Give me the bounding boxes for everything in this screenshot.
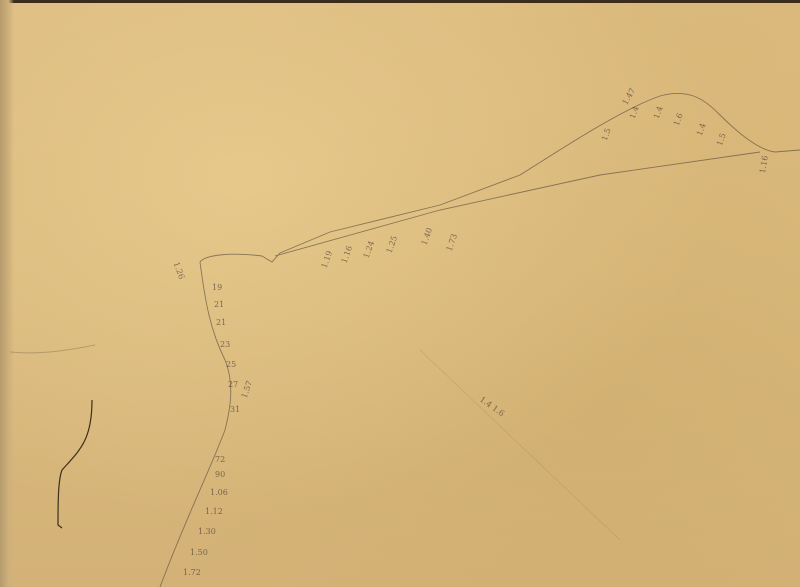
lower-traverse-line — [275, 152, 760, 256]
left-value: 27 — [228, 380, 238, 389]
left-value: 25 — [226, 360, 236, 369]
left-boundary-line — [200, 93, 800, 262]
left-value: 31 — [230, 405, 240, 414]
left-value: 21 — [216, 318, 226, 327]
bottom-value: 1.12 — [205, 507, 223, 516]
bottom-value: 1.30 — [198, 527, 216, 536]
ink-curve-mark — [58, 400, 92, 528]
pencil-survey-sketch — [0, 0, 800, 587]
left-descending-line — [160, 262, 231, 587]
left-value: 21 — [214, 300, 224, 309]
bottom-value: 90 — [215, 470, 225, 479]
bottom-value: 72 — [215, 455, 225, 464]
bottom-value: 1.06 — [210, 488, 228, 497]
faint-diagonal-line — [420, 350, 620, 540]
left-value: 23 — [220, 340, 230, 349]
paper-crease — [10, 345, 95, 353]
bottom-value: 1.50 — [190, 548, 208, 557]
aged-paper-sheet: 1.47 1.16 1.26 1.57 1.4 1.6 72 90 1.06 1… — [0, 0, 800, 587]
left-value: 19 — [212, 283, 222, 292]
bottom-value: 1.72 — [183, 568, 201, 577]
